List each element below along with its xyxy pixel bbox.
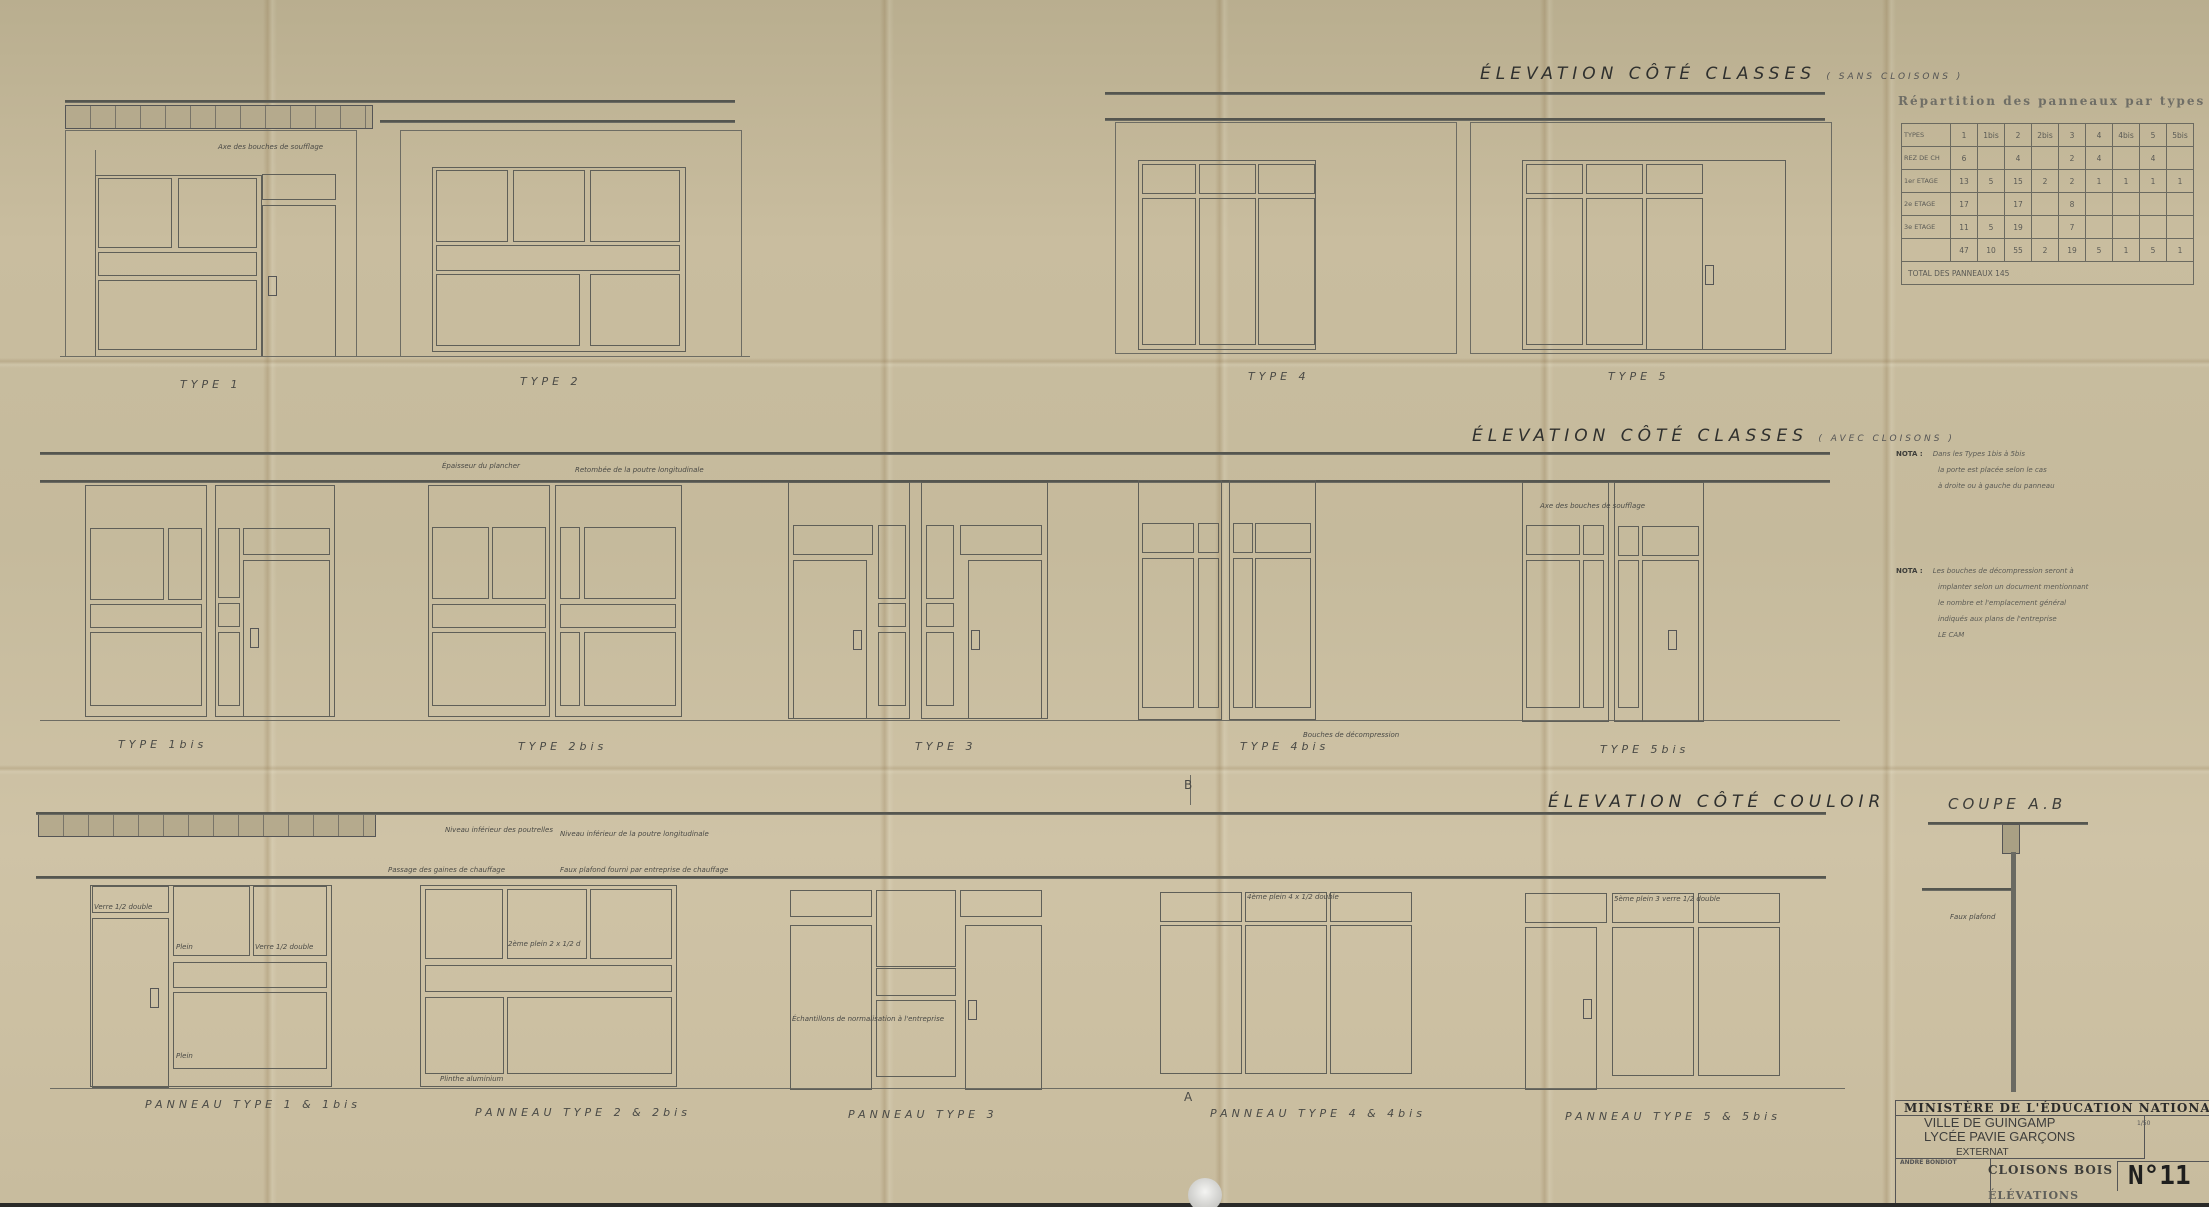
- type-label: TYPE 4bis: [1240, 740, 1329, 753]
- panel: [436, 245, 680, 271]
- panel: [432, 632, 546, 706]
- panel: [1698, 927, 1780, 1076]
- panel-perforated: [876, 968, 956, 996]
- coupe-title: COUPE A.B: [1948, 795, 2066, 813]
- door: [790, 925, 872, 1090]
- architect-block: ANDRÉ BONDIOT: [1896, 1159, 1991, 1207]
- type-label: PANNEAU TYPE 3: [848, 1108, 998, 1121]
- panel: [425, 889, 503, 959]
- ceiling-beam: [1105, 92, 1825, 95]
- partition-section: [2011, 852, 2016, 1092]
- panel: [876, 890, 956, 967]
- annotation: 5ème plein 3 verre 1/2 double: [1614, 895, 1720, 903]
- panel: [218, 603, 240, 627]
- panel: [1330, 925, 1412, 1074]
- panel: [1142, 164, 1196, 194]
- panel: [1583, 525, 1604, 555]
- panel: [1612, 927, 1694, 1076]
- panel: [218, 632, 240, 706]
- panel: [98, 178, 172, 248]
- door-handle-icon: [250, 628, 259, 648]
- panel: [960, 525, 1042, 555]
- annotation: 2ème plein 2 x 1/2 d: [508, 940, 580, 948]
- section-marker-label: B: [1184, 778, 1192, 792]
- panel: [432, 527, 489, 599]
- annotation: Épaisseur du plancher: [442, 462, 520, 470]
- annotation: Faux plafond fourni par entreprise de ch…: [560, 866, 728, 874]
- panel: [1142, 558, 1194, 708]
- panel: [926, 603, 954, 627]
- annotation: Bouches de décompression: [1303, 731, 1399, 739]
- annotation: Axe des bouches de soufflage: [1540, 502, 1645, 510]
- repartition-title: Répartition des panneaux par types: [1898, 94, 2205, 108]
- annotation: Niveau inférieur de la poutre longitudin…: [560, 830, 709, 838]
- panel: [878, 632, 906, 706]
- panel: [1142, 198, 1196, 345]
- table-row: 1er ETAGE 135 152 21 11 1: [1902, 170, 2194, 193]
- panel: [90, 604, 202, 628]
- panel: [590, 274, 680, 346]
- section-marker-label: A: [1184, 1090, 1192, 1104]
- table-row: 2e ETAGE 17 17 8: [1902, 193, 2194, 216]
- ceiling-beam: [40, 452, 1830, 455]
- dates-block: 1/50: [2117, 1116, 2209, 1162]
- floor-slab: [65, 105, 373, 129]
- panel: [262, 174, 336, 200]
- type-label: TYPE 5bis: [1600, 743, 1689, 756]
- plan-number: N°11: [2117, 1161, 2209, 1191]
- panel: [1160, 925, 1242, 1074]
- panel-perforated: [173, 962, 327, 988]
- ministry-label: MINISTÈRE DE L'ÉDUCATION NATIONALE: [1896, 1101, 2209, 1116]
- type-label: TYPE 1bis: [118, 738, 207, 751]
- panel: [90, 632, 202, 706]
- panel: [878, 525, 906, 599]
- annotation: Axe des bouches de soufflage: [218, 143, 323, 151]
- panel: [926, 525, 954, 599]
- type-label: PANNEAU TYPE 2 & 2bis: [475, 1106, 691, 1119]
- scan-edge: [0, 1203, 2209, 1207]
- panel: [98, 252, 257, 276]
- panel: [90, 528, 164, 600]
- door-handle-icon: [1583, 999, 1592, 1019]
- panel: [1526, 560, 1580, 708]
- type-label: PANNEAU TYPE 1 & 1bis: [145, 1098, 361, 1111]
- panel: [98, 280, 257, 350]
- panel: [507, 889, 587, 959]
- panel: [243, 528, 330, 555]
- blueprint-sheet: ÉLEVATION CÔTÉ CLASSES ( SANS CLOISONS )…: [0, 0, 2209, 1207]
- annotation: Échantillons de normalisation à l'entrep…: [792, 1015, 944, 1023]
- type-label: TYPE 5: [1608, 370, 1670, 383]
- section-title-bottom: ÉLEVATION CÔTÉ COULOIR: [1548, 792, 1885, 812]
- door: [1646, 198, 1703, 350]
- annotation: Verre 1/2 double: [94, 903, 152, 911]
- type-label: TYPE 2bis: [518, 740, 607, 753]
- panel: [590, 170, 680, 242]
- panel: [1142, 523, 1194, 553]
- panel: [1199, 198, 1256, 345]
- door-handle-icon: [968, 1000, 977, 1020]
- type-label: TYPE 1: [180, 378, 242, 391]
- panel: [1255, 558, 1311, 708]
- panel: [1618, 526, 1639, 556]
- panel: [1160, 892, 1242, 922]
- panel-perforated: [425, 965, 672, 992]
- pushpin-icon: [1188, 1178, 1222, 1207]
- panel: [1526, 198, 1583, 345]
- panel: [960, 890, 1042, 917]
- panel: [790, 890, 872, 917]
- panel: [1526, 164, 1583, 194]
- type-label: PANNEAU TYPE 4 & 4bis: [1210, 1107, 1426, 1120]
- table-row: 3e ETAGE 115 19 7: [1902, 216, 2194, 239]
- table-header-row: TYPES 11bis 22bis 34 4bis5 5bis: [1902, 124, 2194, 147]
- panel: [425, 997, 504, 1074]
- panel: [1646, 164, 1703, 194]
- panel: [436, 274, 580, 346]
- annotation: Plinthe aluminium: [440, 1075, 503, 1083]
- panel: [926, 632, 954, 706]
- ceiling-beam: [1105, 118, 1825, 121]
- panel: [168, 528, 202, 600]
- ceiling-beam: [36, 876, 1826, 879]
- ceiling-beam: [1922, 888, 2014, 891]
- table-total-label-row: TOTAL DES PANNEAUX 145: [1902, 262, 2194, 285]
- panel: [584, 632, 676, 706]
- beam-section: [2002, 824, 2020, 854]
- door-handle-icon: [268, 276, 277, 296]
- annotation: Verre 1/2 double: [255, 943, 313, 951]
- subject-sub-label: ÉLÉVATIONS: [1988, 1189, 2079, 1202]
- panel: [560, 632, 580, 706]
- nota-2: NOTA :Les bouches de décompression seron…: [1896, 563, 2088, 643]
- panel: [878, 603, 906, 627]
- panel: [218, 528, 240, 598]
- panel: [876, 1000, 956, 1077]
- section-title-top: ÉLEVATION CÔTÉ CLASSES ( SANS CLOISONS ): [1480, 64, 1963, 84]
- nota-1: NOTA :Dans les Types 1bis à 5bis la port…: [1896, 446, 2055, 494]
- type-label: PANNEAU TYPE 5 & 5bis: [1565, 1110, 1781, 1123]
- panel: [1642, 526, 1699, 556]
- panel: [1586, 198, 1643, 345]
- annotation: Niveau inférieur des poutrelles: [445, 826, 553, 834]
- type-label: TYPE 3: [915, 740, 977, 753]
- door-handle-icon: [150, 988, 159, 1008]
- panel: [584, 527, 676, 599]
- annotation: Passage des gaines de chauffage: [388, 866, 505, 874]
- fold-line: [1882, 0, 1896, 1207]
- door-handle-icon: [1705, 265, 1714, 285]
- fold-line: [0, 765, 2209, 775]
- type-label: TYPE 2: [520, 375, 582, 388]
- table-totals-row: 4710 552 195 15 1: [1902, 239, 2194, 262]
- panel: [1586, 164, 1643, 194]
- panel: [436, 170, 508, 242]
- panel: [1330, 892, 1412, 922]
- panel: [492, 527, 546, 599]
- panel: [1255, 523, 1311, 553]
- panel: [432, 604, 546, 628]
- title-block: MINISTÈRE DE L'ÉDUCATION NATIONALE VILLE…: [1895, 1100, 2209, 1207]
- annotation: Retombée de la poutre longitudinale: [575, 466, 704, 474]
- panel: [1198, 558, 1219, 708]
- panel: [1245, 925, 1327, 1074]
- panel: [1526, 525, 1580, 555]
- subject-label: CLOISONS BOIS: [1988, 1163, 2113, 1177]
- annotation: Faux plafond: [1950, 913, 1995, 921]
- repartition-table: TYPES 11bis 22bis 34 4bis5 5bis REZ DE C…: [1901, 123, 2194, 285]
- ceiling-beam: [36, 812, 1826, 815]
- panel: [173, 992, 327, 1069]
- door-handle-icon: [971, 630, 980, 650]
- project-block: VILLE DE GUINGAMP LYCÉE PAVIE GARÇONS EX…: [1896, 1116, 2145, 1159]
- floor-slab: [38, 813, 376, 837]
- panel: [507, 997, 672, 1074]
- panel: [560, 527, 580, 599]
- panel: [1233, 558, 1253, 708]
- annotation: 4ème plein 4 x 1/2 double: [1247, 893, 1339, 901]
- panel: [560, 604, 676, 628]
- panel: [793, 525, 873, 555]
- panel: [590, 889, 672, 959]
- door-handle-icon: [853, 630, 862, 650]
- ceiling-beam: [380, 120, 735, 123]
- panel: [1583, 560, 1604, 708]
- panel: [1258, 198, 1315, 345]
- type-label: TYPE 4: [1248, 370, 1310, 383]
- fold-line: [0, 358, 2209, 368]
- panel: [1199, 164, 1256, 194]
- panel: [513, 170, 585, 242]
- panel: [1198, 523, 1219, 553]
- panel: [178, 178, 257, 248]
- panel: [1233, 523, 1253, 553]
- ceiling-beam: [65, 100, 735, 103]
- section-title-mid: ÉLEVATION CÔTÉ CLASSES ( AVEC CLOISONS ): [1472, 426, 1955, 446]
- table-row: REZ DE CH 6 4 24 4: [1902, 147, 2194, 170]
- annotation: Plein: [176, 1052, 193, 1060]
- panel: [1258, 164, 1315, 194]
- annotation: Plein: [176, 943, 193, 951]
- panel: [1525, 893, 1607, 923]
- door-handle-icon: [1668, 630, 1677, 650]
- panel: [1618, 560, 1639, 708]
